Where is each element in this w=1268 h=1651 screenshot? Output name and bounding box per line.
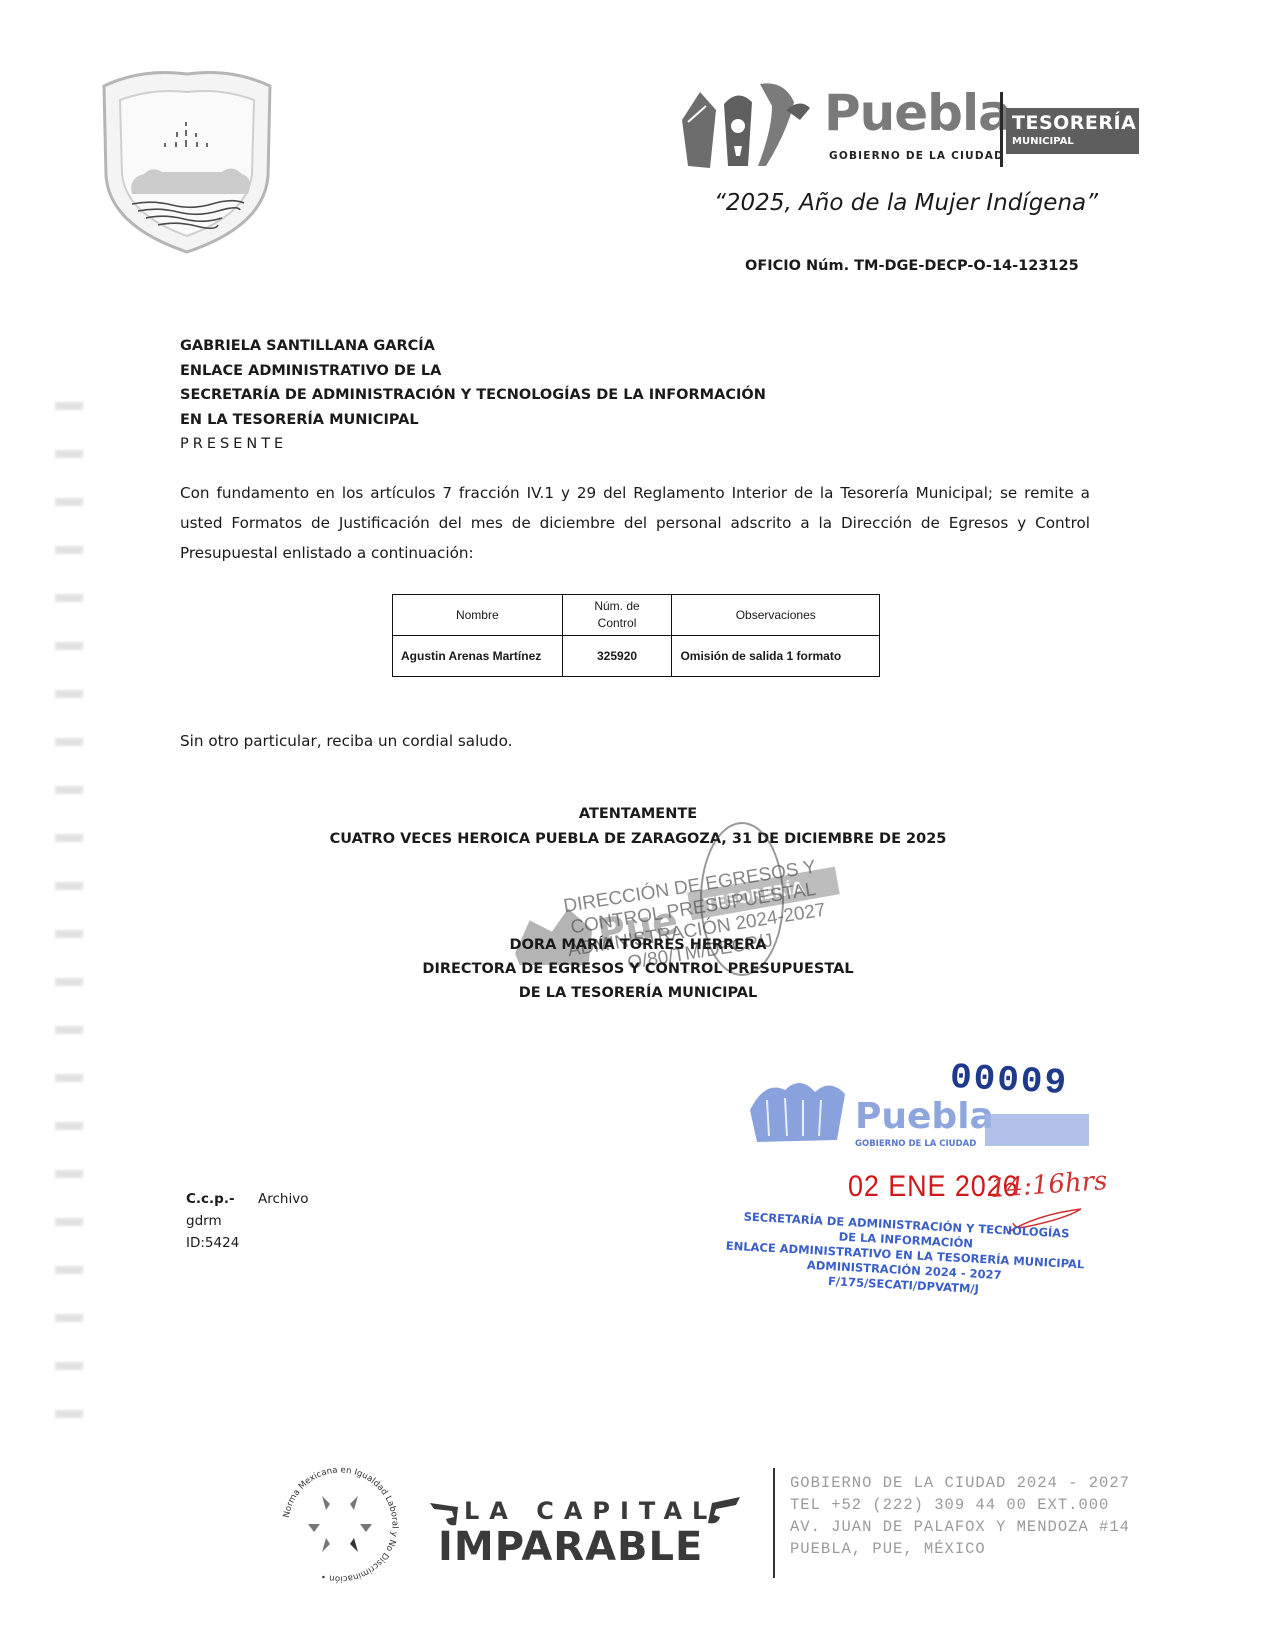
igualdad-laboral-seal-icon: Norma Mexicana en Igualdad Laboral y No … bbox=[278, 1462, 403, 1587]
tesoreria-badge: TESORERÍA MUNICIPAL bbox=[1006, 108, 1139, 154]
folio-number: 00009 bbox=[949, 1057, 1069, 1104]
cell-nombre: Agustin Arenas Martínez bbox=[393, 636, 563, 677]
column-header-control: Núm. de Control bbox=[562, 595, 672, 636]
city-shield-emblem-icon bbox=[92, 66, 282, 256]
year-motto: “2025, Año de la Mujer Indígena” bbox=[714, 190, 1134, 216]
recipient-name: GABRIELA SANTILLANA GARCÍA bbox=[180, 334, 766, 359]
ccp-label: C.c.p.- bbox=[186, 1188, 258, 1210]
salutation: PRESENTE bbox=[180, 432, 766, 457]
right-wing-icon bbox=[704, 1495, 742, 1529]
ccp-id: ID:5424 bbox=[186, 1232, 308, 1254]
body-paragraph: Con fundamento en los artículos 7 fracci… bbox=[180, 478, 1090, 568]
address-line: AV. JUAN DE PALAFOX Y MENDOZA #14 bbox=[790, 1516, 1130, 1538]
cell-observaciones: Omisión de salida 1 formato bbox=[672, 636, 880, 677]
signatory-name: DORA MARÍA TORRES HERRERA bbox=[0, 937, 1268, 953]
tesoreria-title: TESORERÍA bbox=[1012, 112, 1136, 134]
signatory-department: DE LA TESORERÍA MUNICIPAL bbox=[0, 985, 1268, 1001]
cell-control: 325920 bbox=[562, 636, 672, 677]
recipient-title-line: EN LA TESORERÍA MUNICIPAL bbox=[180, 408, 766, 433]
campaign-bottom: IMPARABLE bbox=[438, 1527, 703, 1567]
valediction: ATENTAMENTE bbox=[0, 806, 1268, 822]
column-header-control-text: Núm. de Control bbox=[582, 598, 652, 632]
tesoreria-subtitle: MUNICIPAL bbox=[1012, 136, 1074, 147]
puebla-wordmark: Puebla bbox=[824, 88, 1011, 138]
recipient-title-line: ENLACE ADMINISTRATIVO DE LA bbox=[180, 359, 766, 384]
la-capital-imparable-logo: LA CAPITAL IMPARABLE bbox=[428, 1495, 743, 1575]
footer-divider bbox=[773, 1468, 775, 1578]
svg-text:Puebla: Puebla bbox=[855, 1096, 994, 1137]
svg-text:Norma Mexicana en Igualdad Lab: Norma Mexicana en Igualdad Laboral y No … bbox=[282, 1465, 400, 1584]
logo-divider bbox=[1000, 92, 1003, 167]
column-header-nombre: Nombre bbox=[393, 595, 563, 636]
signatory-title: DIRECTORA DE EGRESOS Y CONTROL PRESUPUES… bbox=[0, 961, 1268, 977]
scan-margin-artifact bbox=[55, 380, 83, 1440]
recipient-block: GABRIELA SANTILLANA GARCÍA ENLACE ADMINI… bbox=[180, 334, 766, 457]
address-line: PUEBLA, PUE, MÉXICO bbox=[790, 1538, 1130, 1560]
ccp-block: C.c.p.-Archivo gdrm ID:5424 bbox=[186, 1188, 308, 1254]
table-header-row: Nombre Núm. de Control Observaciones bbox=[393, 595, 880, 636]
recipient-title-line: SECRETARÍA DE ADMINISTRACIÓN Y TECNOLOGÍ… bbox=[180, 383, 766, 408]
address-line: TEL +52 (222) 309 44 00 EXT.000 bbox=[790, 1494, 1130, 1516]
oficio-number: OFICIO Núm. TM-DGE-DECP-O-14-123125 bbox=[745, 258, 1079, 274]
address-line: GOBIERNO DE LA CIUDAD 2024 - 2027 bbox=[790, 1472, 1130, 1494]
place-date: CUATRO VECES HEROICA PUEBLA DE ZARAGOZA,… bbox=[0, 831, 1268, 847]
closing-line: Sin otro particular, reciba un cordial s… bbox=[180, 732, 512, 750]
puebla-tesoreria-logo: Puebla GOBIERNO DE LA CIUDAD TESORERÍA M… bbox=[676, 80, 1141, 172]
svg-text:GOBIERNO DE LA CIUDAD: GOBIERNO DE LA CIUDAD bbox=[855, 1139, 976, 1149]
campaign-top: LA CAPITAL bbox=[464, 1497, 717, 1525]
gobierno-subtitle: GOBIERNO DE LA CIUDAD bbox=[829, 150, 1004, 162]
column-header-observaciones: Observaciones bbox=[672, 595, 880, 636]
ccp-initials: gdrm bbox=[186, 1210, 308, 1232]
city-monuments-logo-icon bbox=[676, 80, 821, 172]
footer-address: GOBIERNO DE LA CIUDAD 2024 - 2027 TEL +5… bbox=[790, 1472, 1130, 1560]
ccp-value: Archivo bbox=[258, 1191, 308, 1207]
table-row: Agustin Arenas Martínez 325920 Omisión d… bbox=[393, 636, 880, 677]
personnel-table: Nombre Núm. de Control Observaciones Agu… bbox=[392, 594, 880, 677]
